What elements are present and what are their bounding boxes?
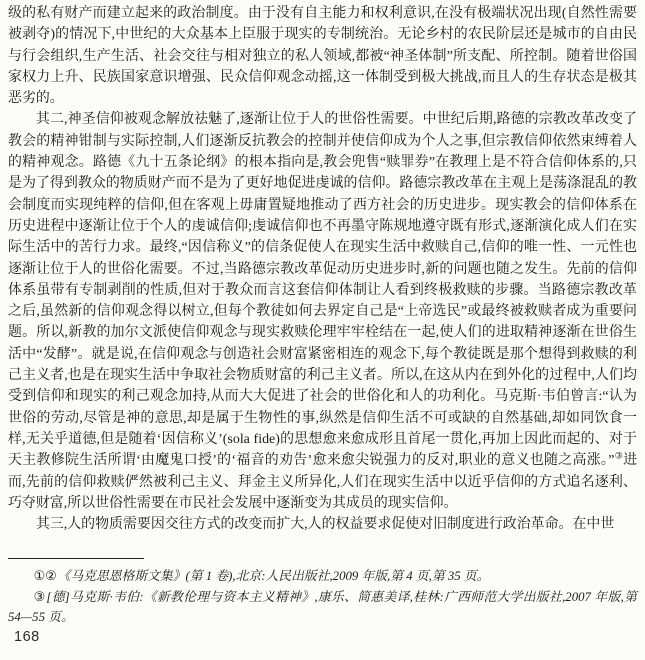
footnote-2-marker: ③ — [34, 590, 47, 604]
paragraph-text-before-ref: 其二,神圣信仰被观念解放祛魅了,逐渐让位于人的世俗性需要。中世纪后期,路德的宗教… — [8, 112, 637, 468]
page-number: 168 — [14, 629, 40, 645]
paragraph-third-point: 其三,人的物质需要因交往方式的改变而扩大,人的权益要求促使对旧制度进行政治革命。… — [8, 514, 637, 535]
body-text: 级的私有财产而建立起来的政治制度。由于没有自主能力和权利意识,在没有极端状况出现… — [8, 3, 637, 535]
footnote-divider — [8, 558, 144, 559]
footnote-2-text: [德]马克斯·韦伯:《新教伦理与资本主义精神》,康乐、简惠美译,桂林:广西师范大… — [8, 590, 637, 625]
paragraph-continuation: 级的私有财产而建立起来的政治制度。由于没有自主能力和权利意识,在没有极端状况出现… — [8, 3, 637, 109]
footnote-1: ①②《马克思恩格斯文集》(第 1 卷),北京:人民出版社,2009 年版,第 4… — [8, 566, 637, 587]
footnote-area: ①②《马克思恩格斯文集》(第 1 卷),北京:人民出版社,2009 年版,第 4… — [8, 552, 637, 628]
footnote-1-marker: ①② — [34, 569, 58, 583]
footnote-ref-3: ③ — [614, 451, 623, 461]
book-page: 级的私有财产而建立起来的政治制度。由于没有自主能力和权利意识,在没有极端状况出现… — [0, 0, 645, 660]
footnote-1-text: 《马克思恩格斯文集》(第 1 卷),北京:人民出版社,2009 年版,第 4 页… — [58, 569, 490, 583]
footnote-2: ③[德]马克斯·韦伯:《新教伦理与资本主义精神》,康乐、简惠美译,桂林:广西师范… — [8, 587, 637, 628]
paragraph-second-point: 其二,神圣信仰被观念解放祛魅了,逐渐让位于人的世俗性需要。中世纪后期,路德的宗教… — [8, 109, 637, 514]
